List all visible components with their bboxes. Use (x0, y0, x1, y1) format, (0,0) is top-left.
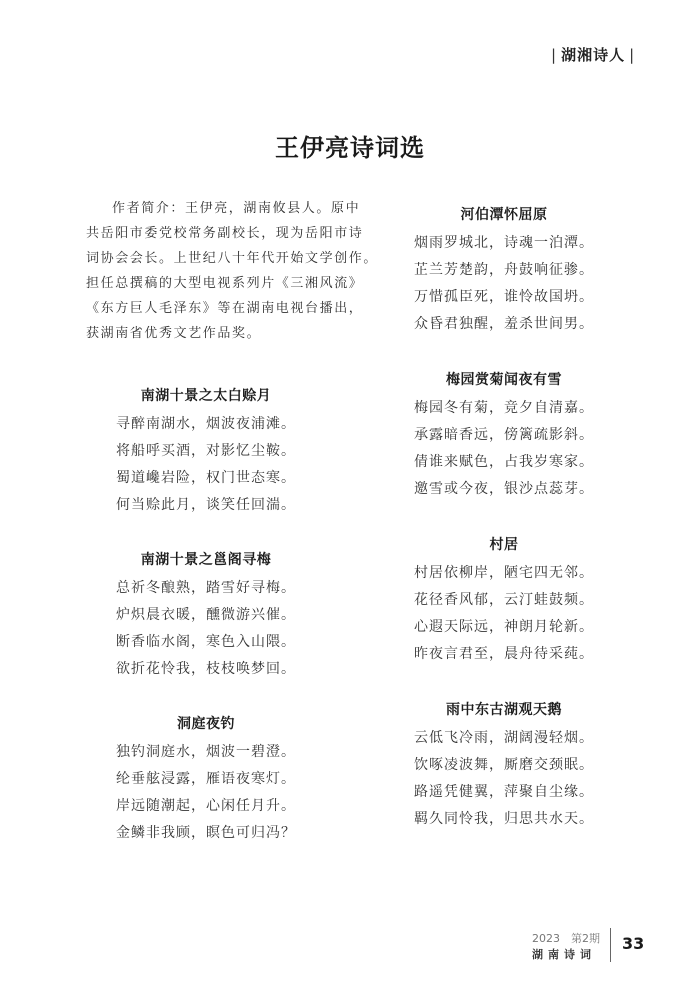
poem-line: 羁久同怜我，归思共水天。 (414, 806, 594, 833)
poem: 洞庭夜钓 独钓洞庭水，烟波一碧澄。 纶垂舷浸露，雁语夜寒灯。 岸远随潮起，心闲任… (116, 713, 296, 847)
poem-line: 总祈冬酿熟，踏雪好寻梅。 (116, 575, 296, 602)
divider-bar: | (629, 46, 635, 64)
intro-line: 担任总撰稿的大型电视系列片《三湘风流》 (86, 271, 348, 296)
poem-title: 南湖十景之太白赊月 (116, 385, 296, 407)
poem-line: 烟雨罗城北，诗魂一泊潭。 (414, 230, 594, 257)
poem-line: 万惜孤臣死，谁怜故国坍。 (414, 284, 594, 311)
poem-title: 南湖十景之邕阁寻梅 (116, 549, 296, 571)
poem: 村居 村居依柳岸，陋宅四无邻。 花径香风郁，云汀蛙鼓频。 心遐天际远，神朗月轮新… (414, 534, 594, 668)
poem-line: 邀雪或今夜，银沙点蕊芽。 (414, 476, 594, 503)
poem-line: 众昏君独醒，羞杀世间男。 (414, 311, 594, 338)
poem-line: 云低飞冷雨，湖阔漫轻烟。 (414, 725, 594, 752)
poem-line: 纶垂舷浸露，雁语夜寒灯。 (116, 766, 296, 793)
magazine-name: 湖南诗词 (532, 946, 596, 962)
poem-title: 雨中东古湖观天鹅 (414, 699, 594, 721)
poem-title: 梅园赏菊闻夜有雪 (414, 369, 594, 391)
intro-line: 获湖南省优秀文艺作品奖。 (86, 321, 348, 346)
poem: 雨中东古湖观天鹅 云低飞冷雨，湖阔漫轻烟。 饮啄凌波舞，厮磨交颈眠。 路遥凭健翼… (414, 699, 594, 833)
poem-line: 梅园冬有菊，竞夕自清嘉。 (414, 395, 594, 422)
poem-line: 心遐天际远，神朗月轮新。 (414, 614, 594, 641)
poem-title: 村居 (414, 534, 594, 556)
poem-line: 村居依柳岸，陋宅四无邻。 (414, 560, 594, 587)
poem-line: 花径香风郁，云汀蛙鼓频。 (414, 587, 594, 614)
poem-line: 路遥凭健翼，萍聚自尘缘。 (414, 779, 594, 806)
poem-line: 岸远随潮起，心闲任月升。 (116, 793, 296, 820)
intro-line: 作者简介：王伊亮，湖南攸县人。原中 (86, 196, 348, 221)
poem-line: 金鳞非我顾，瞑色可归冯？ (116, 820, 296, 847)
intro-line: 共岳阳市委党校常务副校长，现为岳阳市诗 (86, 221, 348, 246)
poem-line: 何当赊此月，谈笑任回湍。 (116, 492, 296, 519)
poem-line: 饮啄凌波舞，厮磨交颈眠。 (414, 752, 594, 779)
poem-line: 承露暗香远，傍篱疏影斜。 (414, 422, 594, 449)
section-label: 湖湘诗人 (561, 46, 625, 64)
poem-title: 河伯潭怀屈原 (414, 204, 594, 226)
poem-line: 寻醉南湖水，烟波夜浦滩。 (116, 411, 296, 438)
poem-line: 欲折花怜我，枝枝唤梦回。 (116, 656, 296, 683)
poem-line: 炉炽晨衣暖，醺微游兴催。 (116, 602, 296, 629)
intro-line: 《东方巨人毛泽东》等在湖南电视台播出， (86, 296, 348, 321)
author-intro: 作者简介：王伊亮，湖南攸县人。原中 共岳阳市委党校常务副校长，现为岳阳市诗 词协… (86, 196, 348, 346)
section-header: |湖湘诗人| (547, 44, 639, 65)
issue-label: 2023 第2期 (532, 930, 600, 946)
footer-divider (610, 928, 611, 962)
right-column: 河伯潭怀屈原 烟雨罗城北，诗魂一泊潭。 芷兰芳楚韵，舟鼓响征骖。 万惜孤臣死，谁… (414, 204, 594, 833)
poem: 南湖十景之邕阁寻梅 总祈冬酿熟，踏雪好寻梅。 炉炽晨衣暖，醺微游兴催。 断香临水… (116, 549, 296, 683)
poem-line: 芷兰芳楚韵，舟鼓响征骖。 (414, 257, 594, 284)
divider-bar: | (551, 46, 557, 64)
poem-line: 独钓洞庭水，烟波一碧澄。 (116, 739, 296, 766)
poem-title: 洞庭夜钓 (116, 713, 296, 735)
poem-line: 倩谁来赋色，占我岁寒家。 (414, 449, 594, 476)
poem-line: 蜀道巉岩险，权门世态寒。 (116, 465, 296, 492)
poem: 梅园赏菊闻夜有雪 梅园冬有菊，竞夕自清嘉。 承露暗香远，傍篱疏影斜。 倩谁来赋色… (414, 369, 594, 503)
poem-line: 断香临水阁，寒色入山隈。 (116, 629, 296, 656)
page-title: 王伊亮诗词选 (0, 128, 700, 163)
poem: 河伯潭怀屈原 烟雨罗城北，诗魂一泊潭。 芷兰芳楚韵，舟鼓响征骖。 万惜孤臣死，谁… (414, 204, 594, 338)
page-number: 33 (622, 934, 644, 953)
poem-line: 将船呼买酒，对影忆尘鞍。 (116, 438, 296, 465)
page-footer: 2023 第2期 湖南诗词 33 (532, 928, 682, 968)
poem-line: 昨夜言君至，晨舟待采莼。 (414, 641, 594, 668)
poem: 南湖十景之太白赊月 寻醉南湖水，烟波夜浦滩。 将船呼买酒，对影忆尘鞍。 蜀道巉岩… (116, 385, 296, 519)
intro-line: 词协会会长。上世纪八十年代开始文学创作。 (86, 246, 348, 271)
left-column: 作者简介：王伊亮，湖南攸县人。原中 共岳阳市委党校常务副校长，现为岳阳市诗 词协… (86, 196, 348, 847)
